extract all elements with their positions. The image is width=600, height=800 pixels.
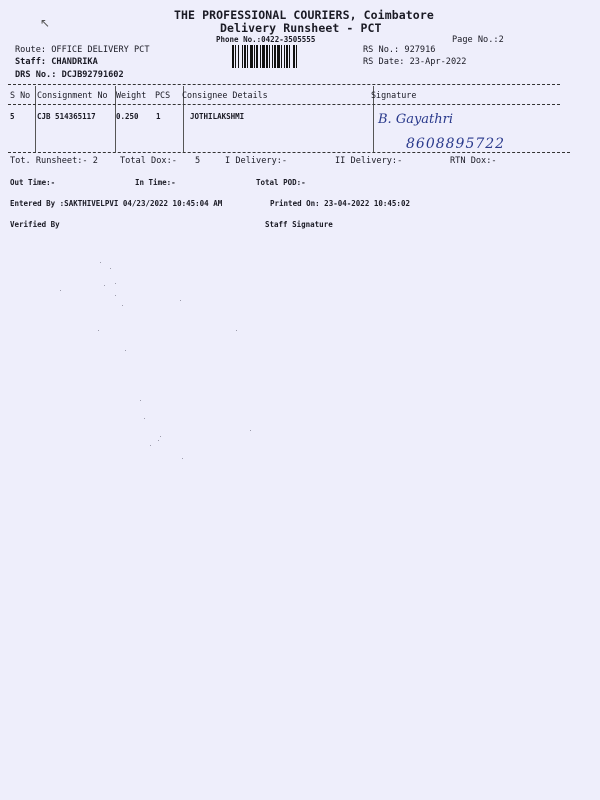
col-consignee-details: Consignee Details: [182, 90, 268, 100]
phone-number: Phone No.:0422-3505555: [216, 35, 315, 44]
total-runsheet: Tot. Runsheet:- 2: [10, 156, 98, 166]
pen-mark: ↖: [40, 16, 50, 30]
in-time: In Time:-: [135, 178, 176, 187]
row-sno: 5: [10, 112, 15, 121]
rs-number: RS No.: 927916: [363, 45, 435, 55]
row-weight: 0.250: [116, 112, 139, 121]
company-title: THE PROFESSIONAL COURIERS, Coimbatore: [174, 8, 434, 22]
signature-name: B. Gayathri: [378, 112, 453, 127]
staff-name: Staff: CHANDRIKA: [15, 57, 98, 67]
divider: [8, 84, 560, 85]
row-consignment-no: CJB 514365117: [37, 112, 96, 121]
entered-by: Entered By :SAKTHIVELPVI 04/23/2022 10:4…: [10, 199, 222, 208]
signature-phone: 8608895722: [406, 136, 505, 152]
staff-signature: Staff Signature: [265, 220, 333, 229]
rtn-dox: RTN Dox:-: [450, 156, 497, 166]
printed-on: Printed On: 23-04-2022 10:45:02: [270, 199, 410, 208]
rs-date: RS Date: 23-Apr-2022: [363, 57, 466, 67]
page-number: Page No.:2: [452, 35, 504, 45]
barcode: [232, 45, 350, 68]
col-sno: S No: [10, 90, 30, 100]
row-pcs: 1: [156, 112, 161, 121]
i-delivery: I Delivery:-: [225, 156, 287, 166]
route: Route: OFFICE DELIVERY PCT: [15, 45, 150, 55]
col-consignment-no: Consignment No: [37, 90, 108, 100]
drs-number: DRS No.: DCJB92791602: [15, 70, 124, 80]
out-time: Out Time:-: [10, 178, 55, 187]
col-pcs: PCS: [155, 90, 170, 100]
verified-by: Verified By: [10, 220, 60, 229]
divider: [8, 152, 570, 153]
col-weight: Weight: [116, 90, 146, 100]
column-divider: [35, 86, 36, 152]
col-signature: Signature: [371, 90, 416, 100]
row-consignee: JOTHILAKSHMI: [190, 112, 244, 121]
divider: [8, 104, 560, 105]
ii-delivery: II Delivery:-: [335, 156, 402, 166]
total-dox-label: Total Dox:-: [120, 156, 177, 166]
document-title: Delivery Runsheet - PCT: [220, 21, 382, 35]
total-dox-value: 5: [195, 156, 200, 166]
total-pod: Total POD:-: [256, 178, 306, 187]
